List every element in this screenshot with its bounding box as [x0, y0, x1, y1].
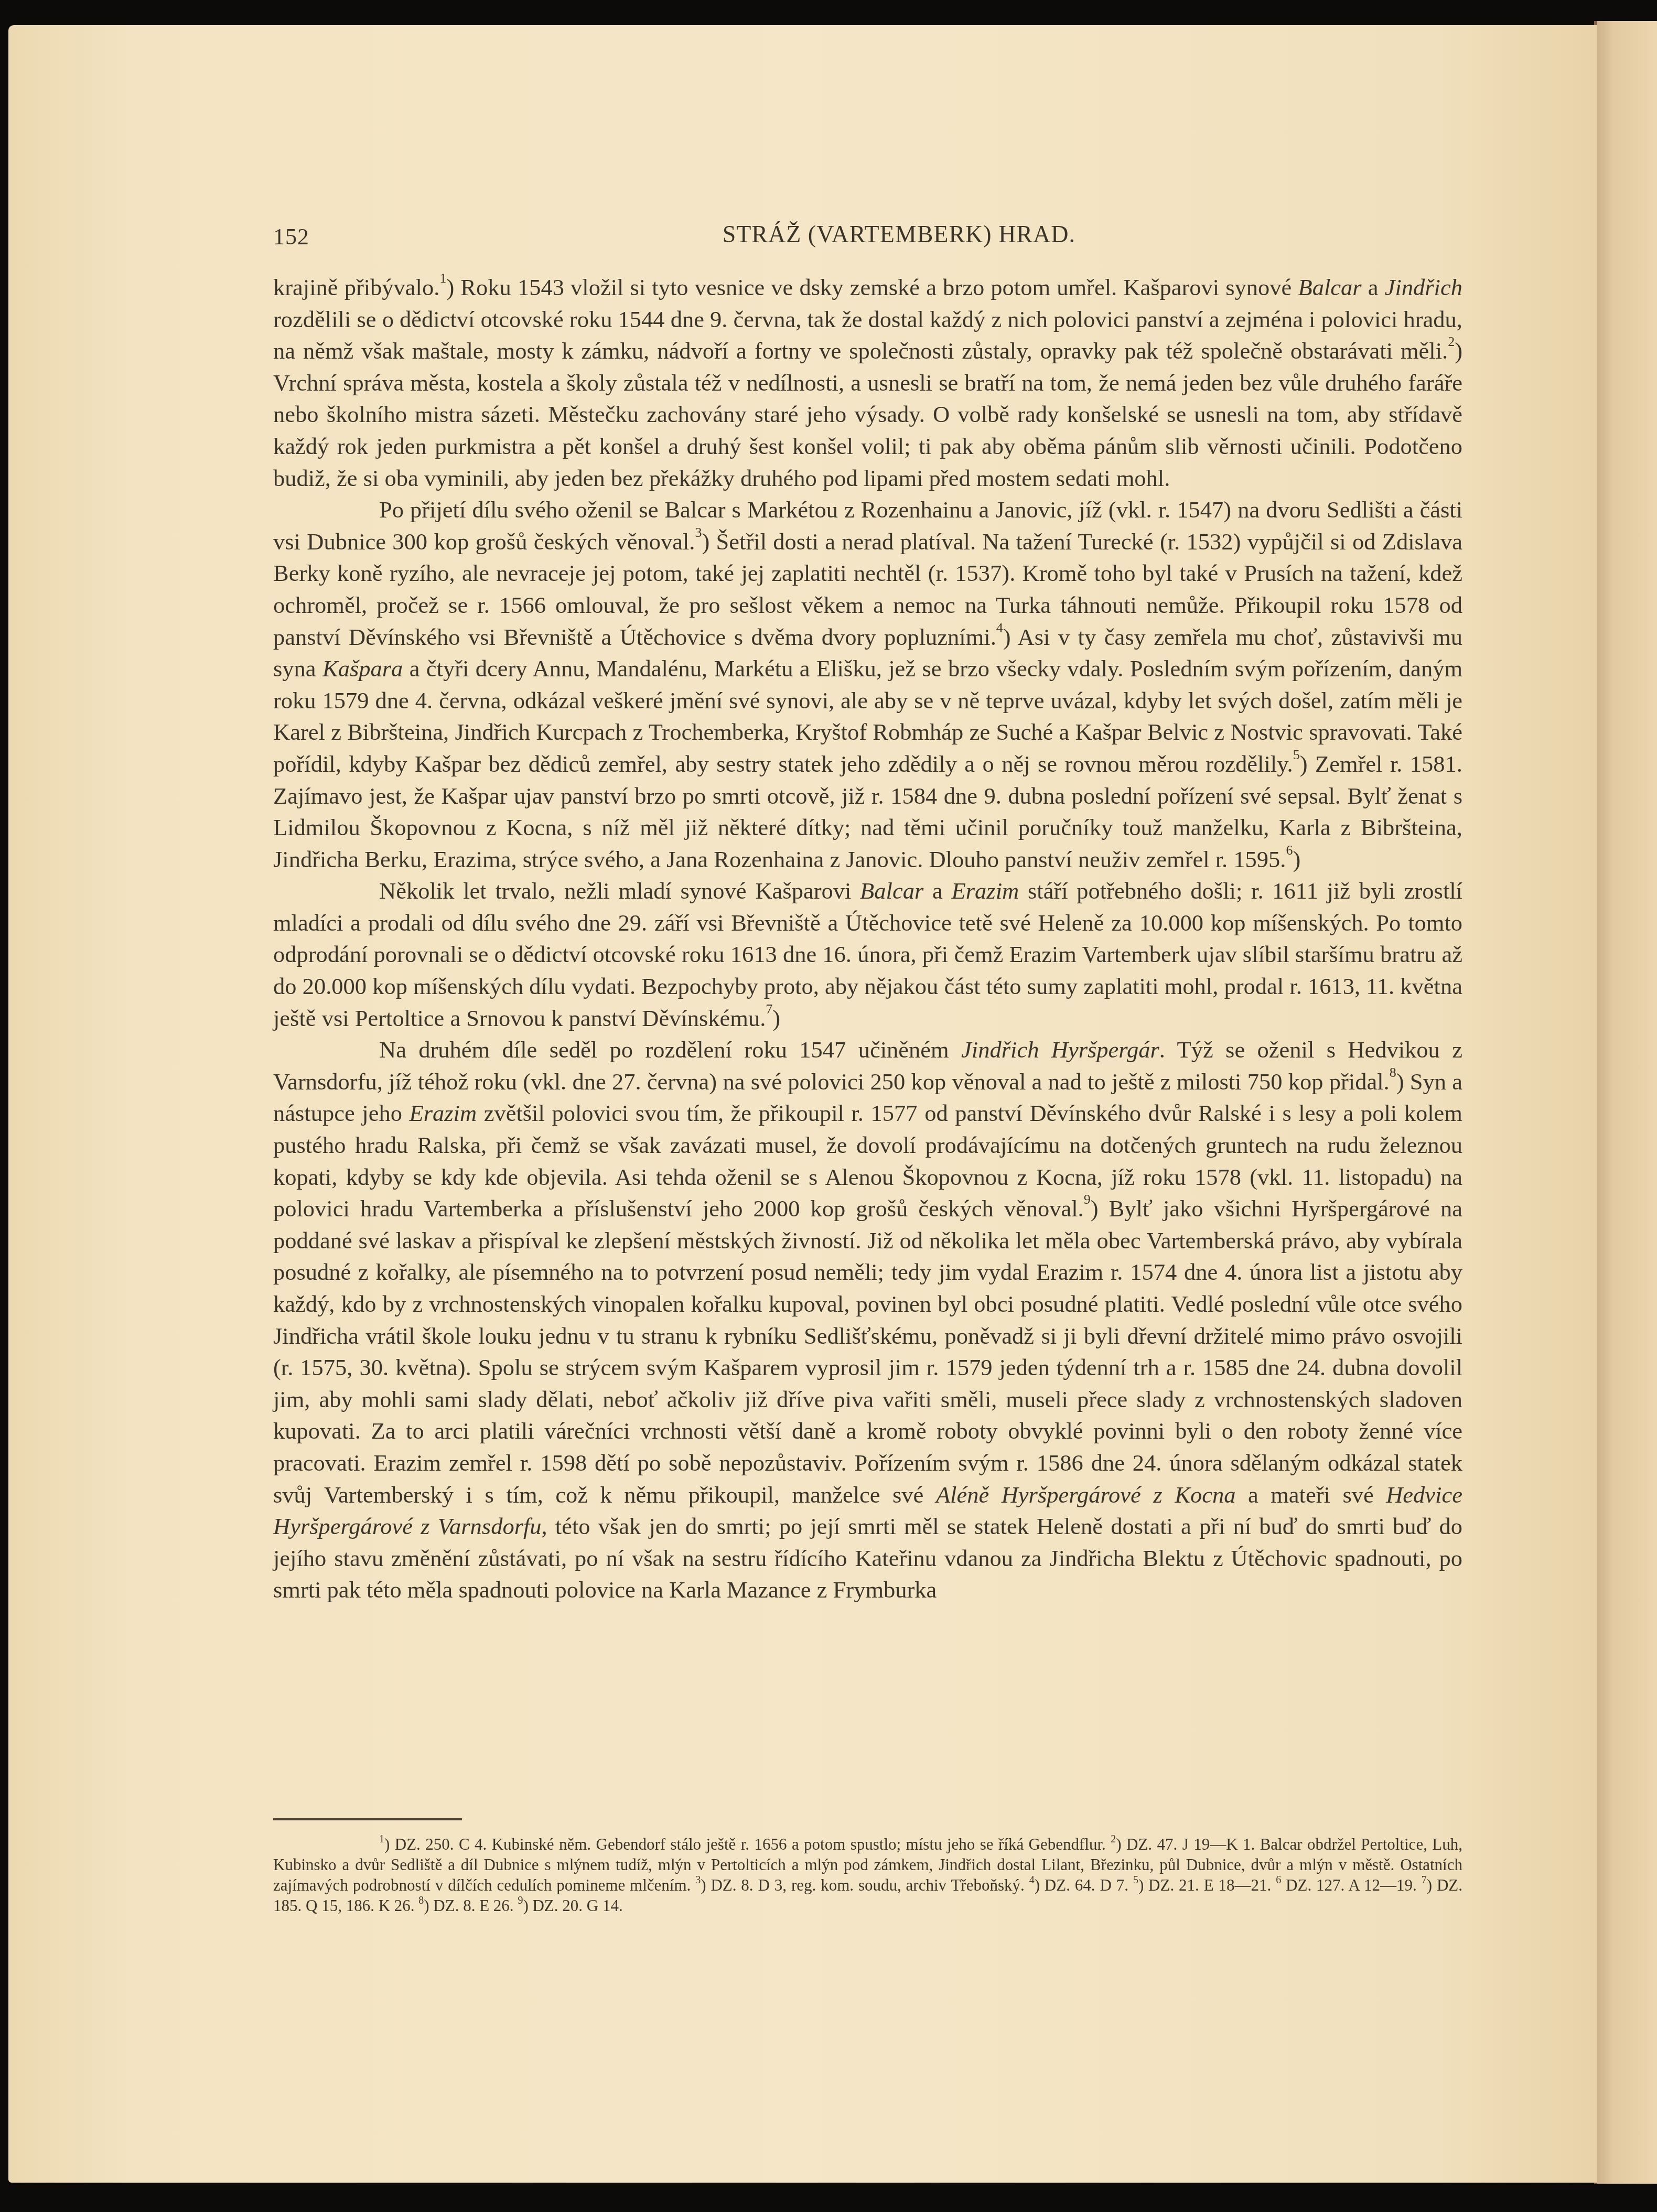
text-run: ) DZ. 21. E 18—21.	[1138, 1876, 1276, 1894]
body-paragraph: krajině přibývalo.1) Roku 1543 vložil si…	[273, 272, 1462, 494]
text-run: krajině přibývalo.	[273, 274, 439, 300]
footnote-marker: 2	[1448, 334, 1455, 349]
footnote-marker: 4	[996, 620, 1003, 635]
footnote-marker: 1	[379, 1833, 384, 1845]
italic-name: Jindřich	[1385, 274, 1462, 300]
body-paragraph: Po přijetí dílu svého oženil se Balcar s…	[273, 494, 1462, 875]
text-run: a čtyři dcery Annu, Mandalénu, Markétu a…	[273, 655, 1462, 777]
next-page-edge	[1594, 21, 1657, 2184]
italic-name: Aléně Hyršpergárové z Kocna	[936, 1482, 1235, 1508]
text-run: )	[1293, 846, 1300, 872]
footnote-marker: 2	[1111, 1833, 1116, 1845]
footnote-marker: 6	[1286, 843, 1293, 858]
text-run: a mateři své	[1235, 1482, 1386, 1508]
footnote-marker: 8	[418, 1895, 424, 1906]
text-run: ) Roku 1543 vložil si tyto vesnice ve ds…	[446, 274, 1298, 300]
footnote-marker: 5	[1133, 1874, 1138, 1886]
footnote-marker: 7	[766, 1001, 772, 1017]
footnote-marker: 9	[1084, 1192, 1091, 1207]
text-run: rozdělili se o dědictví otcovské roku 15…	[273, 306, 1462, 364]
running-head: 152 STRÁŽ (VARTEMBERK) HRAD.	[273, 220, 1462, 252]
italic-name: Balcar	[1298, 274, 1362, 300]
text-run: a	[923, 878, 951, 904]
footnote-marker: 3	[695, 525, 702, 540]
footnote-marker: 7	[1422, 1874, 1427, 1886]
footnote-marker: 4	[1029, 1874, 1035, 1886]
text-run: ) DZ. 20. G 14.	[523, 1896, 622, 1915]
text-run: ) DZ. 64. D 7.	[1035, 1876, 1133, 1894]
footnote-marker: 3	[695, 1874, 701, 1886]
body-paragraph: Na druhém díle seděl po rozdělení roku 1…	[273, 1034, 1462, 1606]
text-run: DZ. 127. A 12—19.	[1281, 1876, 1422, 1894]
body-text: krajině přibývalo.1) Roku 1543 vložil si…	[273, 272, 1462, 1606]
text-run: Na druhém díle seděl po rozdělení roku 1…	[379, 1037, 961, 1063]
text-run: ) DZ. 8. D 3, reg. kom. soudu, archiv Tř…	[701, 1876, 1029, 1894]
body-paragraph: Několik let trvalo, nežli mladí synové K…	[273, 875, 1462, 1034]
italic-name: Erazim	[410, 1100, 477, 1126]
footnote-rule	[273, 1818, 462, 1820]
running-title: STRÁŽ (VARTEMBERK) HRAD.	[273, 220, 1075, 248]
text-run: )	[772, 1005, 780, 1031]
footnote-marker: 9	[518, 1895, 523, 1906]
italic-name: Jindřich Hyršpergár	[961, 1037, 1159, 1063]
footnote-marker: 6	[1276, 1874, 1281, 1886]
text-run: ) Bylť jako všichni Hyršpergárové na pod…	[273, 1195, 1462, 1507]
text-run: Několik let trvalo, nežli mladí synové K…	[379, 878, 860, 904]
footnote-paragraph: 1) DZ. 250. C 4. Kubinské něm. Gebendorf…	[273, 1834, 1462, 1916]
text-run: ) DZ. 8. E 26.	[424, 1896, 518, 1915]
text-run: ) DZ. 250. C 4. Kubinské něm. Gebendorf …	[384, 1835, 1111, 1853]
italic-name: Erazim	[952, 878, 1019, 904]
italic-name: Kašpara	[322, 655, 403, 682]
italic-name: Balcar	[860, 878, 923, 904]
text-run: a	[1362, 274, 1385, 300]
footnotes: 1) DZ. 250. C 4. Kubinské něm. Gebendorf…	[273, 1834, 1462, 1916]
footnote-marker: 5	[1293, 747, 1300, 762]
footnote-marker: 8	[1390, 1065, 1396, 1080]
footnote-marker: 1	[439, 271, 446, 286]
book-page: 152 STRÁŽ (VARTEMBERK) HRAD. krajině při…	[8, 25, 1597, 2183]
